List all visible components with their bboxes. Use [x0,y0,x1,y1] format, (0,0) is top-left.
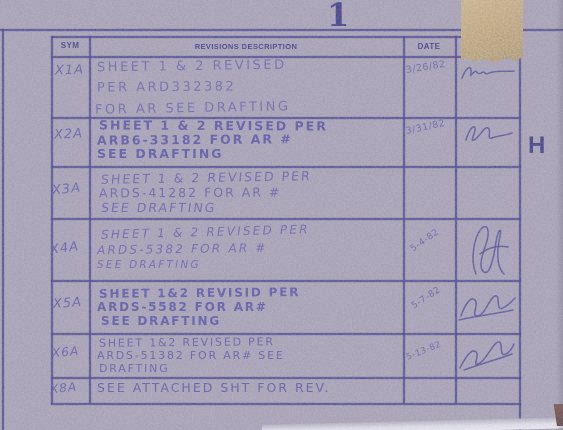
row-divider [51,333,521,335]
date-column-header: DATE [403,42,455,51]
row-divider [51,280,521,282]
approval-signature [462,120,514,148]
revision-description-line: SEE DRAFTING [100,202,217,215]
revision-description-line: ARDS-5382 FOR AR # [97,242,268,256]
table-bottom-border [51,403,521,405]
scan-edge-highlight [262,417,563,430]
sheet-number: 1 [327,0,349,30]
zone-letter: H [528,132,545,160]
revision-date: 5-4-82 [409,228,441,254]
revision-sym: X6A [52,345,80,359]
approval-signature [455,286,517,326]
description-column-header: REVISIONS DESCRIPTION [89,42,403,51]
date-column-divider [403,36,405,404]
table-top-border [51,36,521,38]
row-divider [51,218,521,220]
approval-signature [452,336,516,374]
revision-description-line: SHEET 1 & 2 REVISED [97,59,287,75]
revision-description-line: SHEET 1 & 2 REVISED PER [101,223,310,240]
revision-description-line: SEE ATTACHED SHT FOR REV. [97,382,330,395]
revision-description-line: SEE DRAFTING [97,260,201,271]
revision-sym: X5A [53,296,83,311]
revision-sym: X4A [49,240,80,257]
scanned-revision-sheet: 1 H SYM REVISIONS DESCRIPTION DATE X1A S… [0,0,563,430]
revision-sym: X8A [49,381,77,396]
revision-description-line: FOR AR SEE DRAFTING [95,100,291,116]
gold-foil-sticker [461,0,523,63]
revision-date: 5-13-82 [405,341,442,363]
revision-sym: X1A [55,63,85,77]
table-right-border [519,29,521,430]
revision-description-line: ARDS-41282 FOR AR # [99,187,281,200]
revision-date: 3/26/82 [405,60,446,76]
sym-column-header: SYM [51,41,89,50]
revision-description-line: DRAFTING [99,363,169,374]
revision-description-line: ARDS-5582 FOR AR# [97,301,268,313]
row-divider [51,377,521,379]
revision-description-line: SEE DRAFTING [101,315,221,327]
revision-date: 3/31/82 [405,119,446,137]
revision-description-line: SHEET 1&2 REVISED PER [99,336,275,349]
revision-description-line: ARDS-51382 FOR AR# SEE [97,350,285,361]
revision-description-line: SHEET 1&2 REVISID PER [99,286,300,300]
revision-date: 5-7-82 [411,286,443,311]
revision-description-line: PER ARD332382 [97,80,236,94]
scan-edge-shadow [556,0,563,430]
revision-sym: X2A [54,127,84,142]
sym-column-divider [89,36,91,404]
revision-description-line: SEE DRAFTING [97,148,224,161]
revision-sym: X3A [51,182,81,198]
approval-signature [466,222,512,280]
approval-signature [459,60,517,86]
frame-left-line [2,29,4,430]
